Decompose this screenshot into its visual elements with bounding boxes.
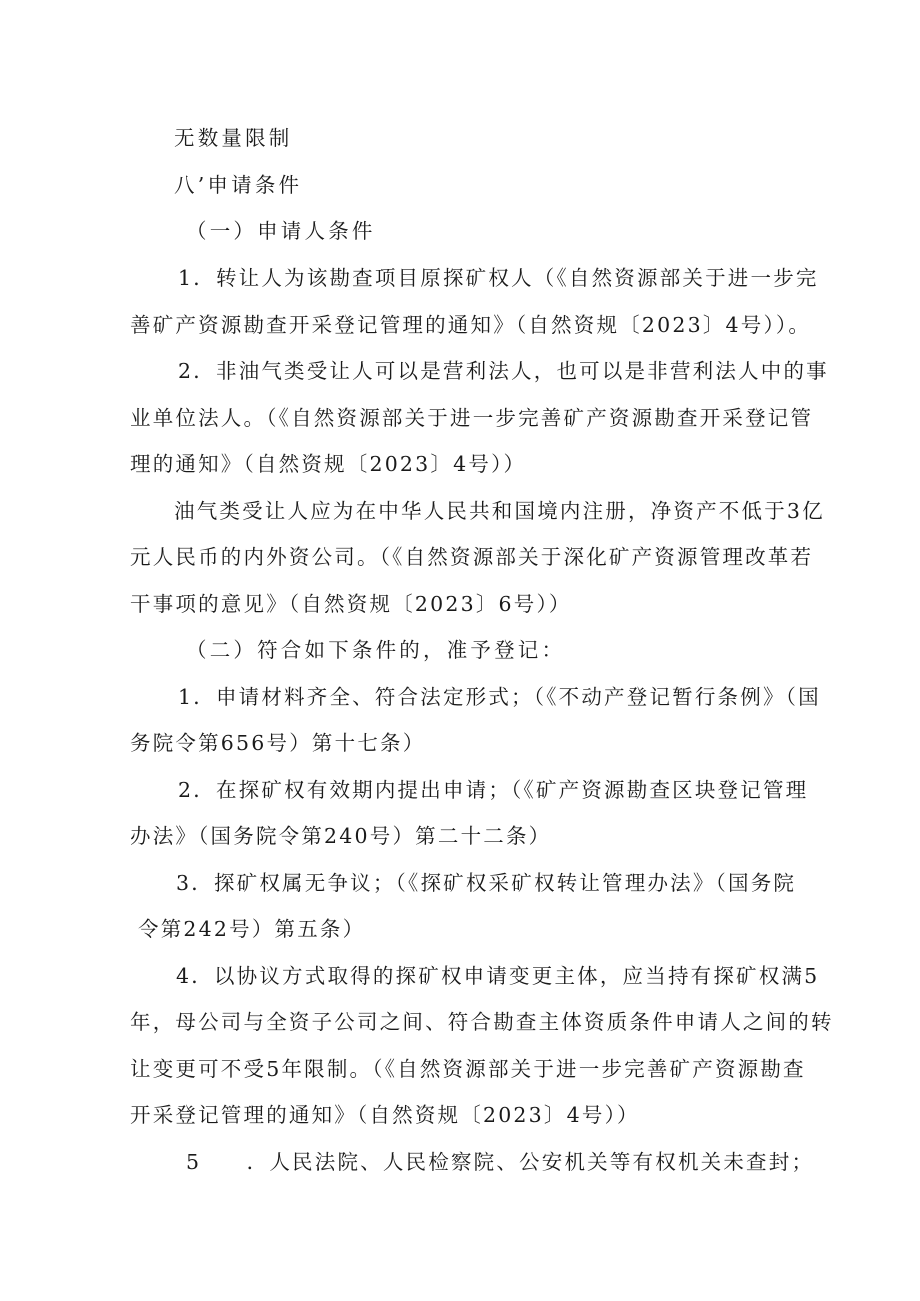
condition-3-line-1: 3．探矿权属无争议；（《探矿权采矿权转让管理办法》（国务院 <box>176 869 796 897</box>
condition-2-line-1: 2．在探矿权有效期内提出申请；（《矿产资源勘查区块登记管理 <box>178 776 808 804</box>
condition-3-line-2: 令第242号）第五条） <box>138 915 365 943</box>
item-2-line-1: 2．非油气类受让人可以是营利法人，也可以是非营利法人中的事 <box>178 357 829 385</box>
condition-1-line-1: 1．申请材料齐全、符合法定形式；（《不动产登记暂行条例》（国 <box>178 683 821 711</box>
condition-4-line-3: 让变更可不受5年限制。（《自然资源部关于进一步完善矿产资源勘查 <box>130 1055 806 1083</box>
oil-gas-paragraph-line-2: 元人民币的内外资公司。（《自然资源部关于深化矿产资源管理改革若 <box>130 543 813 571</box>
condition-4-line-2: 年，母公司与全资子公司之间、符合勘查主体资质条件申请人之间的转 <box>130 1008 834 1036</box>
oil-gas-paragraph-line-3: 干事项的意见》（自然资规〔2023〕6号）） <box>130 590 572 618</box>
subsection-heading-applicant-conditions: （一）申请人条件 <box>186 217 376 245</box>
subsection-heading-registration-conditions: （二）符合如下条件的，准予登记： <box>186 636 565 664</box>
condition-2-line-2: 办法》（国务院令第240号）第二十二条） <box>130 822 551 850</box>
item-1-line-1: 1．转让人为该勘查项目原探矿权人（《自然资源部关于进一步完 <box>178 264 819 292</box>
condition-4-line-1: 4．以协议方式取得的探矿权申请变更主体，应当持有探矿权满5 <box>176 962 819 990</box>
item-2-line-3: 理的通知》（自然资规〔2023〕4号）） <box>130 450 526 478</box>
text-no-quantity-limit: 无数量限制 <box>174 124 293 152</box>
section-heading-application-conditions: 八’申请条件 <box>174 171 302 199</box>
item-1-line-2: 善矿产资源勘查开采登记管理的通知》（自然资规〔2023〕4号））。 <box>130 311 811 339</box>
condition-5-line-1: 5 ．人民法院、人民检察院、公安机关等有权机关未查封； <box>186 1148 814 1176</box>
condition-4-line-4: 开采登记管理的通知》（自然资规〔2023〕4号）） <box>130 1101 640 1129</box>
condition-1-line-2: 务院令第656号）第十七条） <box>130 729 425 757</box>
document-page: 无数量限制 八’申请条件 （一）申请人条件 1．转让人为该勘查项目原探矿权人（《… <box>0 0 920 1301</box>
oil-gas-paragraph-line-1: 油气类受让人应为在中华人民共和国境内注册，净资产不低于3亿 <box>174 497 825 525</box>
item-2-line-2: 业单位法人。（《自然资源部关于进一步完善矿产资源勘查开采登记管 <box>130 404 813 432</box>
